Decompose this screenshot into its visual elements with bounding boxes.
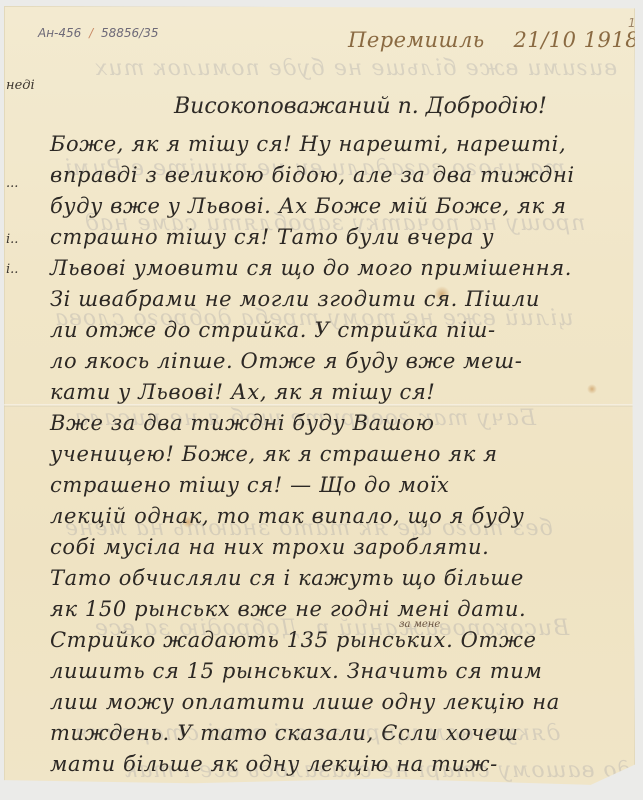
letter-line: Зі швабрами не могли згодити ся. Пішли bbox=[50, 287, 540, 311]
letter-line: Вже за два тиждні буду Вашою bbox=[50, 411, 435, 435]
letter-line: як 150 рынськх вже не годні мені дати. bbox=[50, 597, 526, 621]
paper-stain bbox=[587, 384, 597, 394]
letter-line: вправді з великою бідою, але за два тижд… bbox=[50, 163, 575, 187]
letter-line: ученицею! Боже, як я страшено як я bbox=[50, 442, 498, 466]
letter-page: вигими вже більше не буде помилок тих та… bbox=[4, 6, 635, 788]
letter-line: мати більше як одну лекцію на тиж- bbox=[50, 752, 498, 776]
letter-line: лиш можу оплатити лише одну лекцію на bbox=[50, 690, 560, 714]
margin-note: ... bbox=[6, 176, 18, 191]
archive-marks: Ан-456 / 58856/35 bbox=[38, 26, 159, 40]
letter-line: кати у Львові! Ах, як я тішу ся! bbox=[50, 380, 435, 404]
letter-line: страшено тішу ся! — Що до моїх bbox=[50, 473, 449, 497]
margin-note: і.. bbox=[6, 232, 18, 247]
archive-mark-left: Ан-456 bbox=[38, 26, 81, 40]
letter-line: лишить ся 15 рынських. Значить ся тим bbox=[50, 659, 542, 683]
letter-line: лекцій однак, то так випало, що я буду bbox=[50, 504, 524, 528]
letter-line: день, мусиш собі сама заробити, бо як bbox=[50, 783, 511, 788]
archive-mark-right: 58856/35 bbox=[101, 26, 159, 40]
letter-line: ли отже до стрийка. У стрийка піш- bbox=[50, 318, 496, 342]
bleed-through-text: вигими вже більше не буде помилок тих bbox=[94, 56, 617, 81]
letter-line: Львові умовити ся що до мого примішення. bbox=[50, 256, 572, 280]
letter-line: собі мусіла на них трохи заробляти. bbox=[50, 535, 489, 559]
margin-note: і.. bbox=[6, 262, 18, 277]
letter-place: Перемишль bbox=[348, 28, 485, 52]
letter-date: 21/10 1918 р. bbox=[513, 28, 635, 52]
letter-line: Тато обчисляли ся і кажуть що більше bbox=[50, 566, 524, 590]
paper-fold bbox=[4, 404, 635, 407]
archive-tick-mark: / bbox=[89, 26, 93, 40]
letter-line: ло якось ліпше. Отже я буду вже меш- bbox=[50, 349, 522, 373]
margin-note: неді bbox=[6, 78, 35, 93]
letter-salutation: Високоповажаний п. Добродію! bbox=[174, 94, 547, 119]
document-scan: вигими вже більше не буде помилок тих та… bbox=[0, 0, 643, 800]
letter-line: страшно тішу ся! Тато були вчера у bbox=[50, 225, 494, 249]
letter-line: буду вже у Львові. Ах Боже мій Боже, як … bbox=[50, 194, 566, 218]
letter-line: Стрийко жадають 135 рынських. Отже bbox=[50, 628, 536, 652]
letter-line: Боже, як я тішу ся! Ну нарешті, нарешті, bbox=[50, 132, 566, 156]
letter-line: тиждень. У тато сказали, Єсли хочеш bbox=[50, 721, 519, 745]
letter-heading: Перемишль 21/10 1918 р. bbox=[348, 28, 635, 52]
